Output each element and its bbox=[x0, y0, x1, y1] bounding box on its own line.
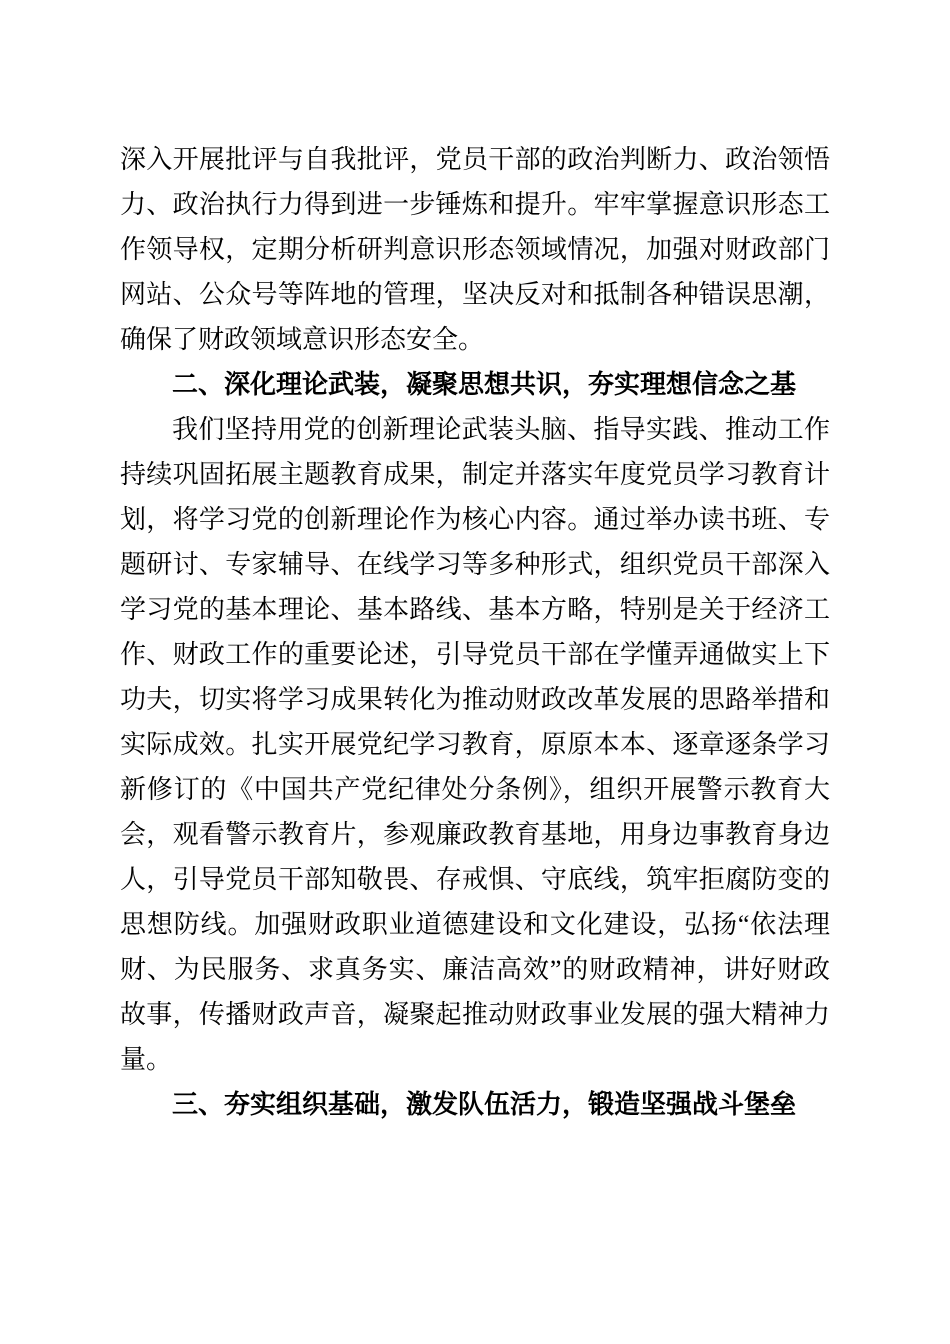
section-heading-three: 三、夯实组织基础，激发队伍活力，锻造坚强战斗堡垒 bbox=[120, 1082, 830, 1127]
paragraph-theory-armament: 我们坚持用党的创新理论武装头脑、指导实践、推动工作持续巩固拓展主题教育成果，制定… bbox=[120, 407, 830, 1082]
section-heading-two: 二、深化理论武装，凝聚思想共识，夯实理想信念之基 bbox=[120, 362, 830, 407]
paragraph-ideology-work-continued: 深入开展批评与自我批评，党员干部的政治判断力、政治领悟力、政治执行力得到进一步锤… bbox=[120, 137, 830, 362]
document-page: 深入开展批评与自我批评，党员干部的政治判断力、政治领悟力、政治执行力得到进一步锤… bbox=[0, 0, 950, 1344]
